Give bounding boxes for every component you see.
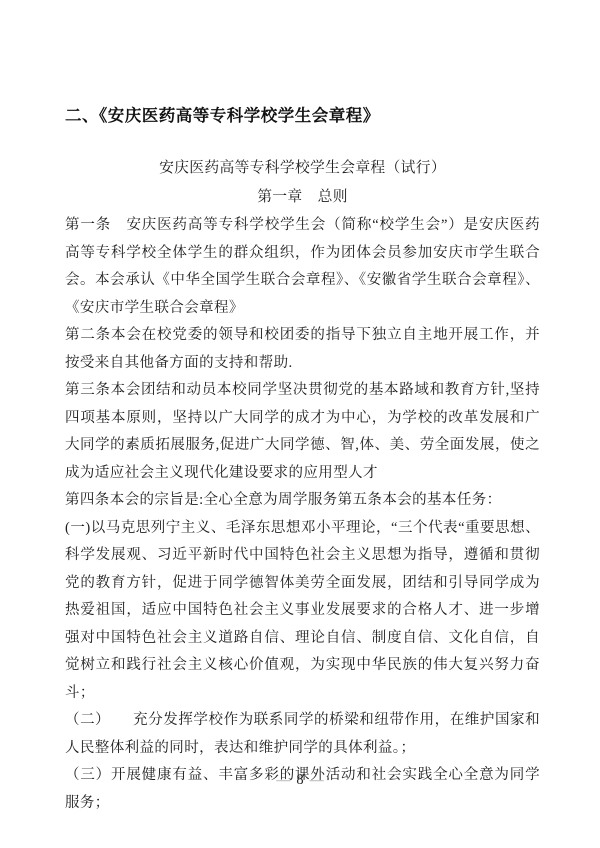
document-body: 第一条 安庆医药高等专科学校学生会（简称“校学生会”）是安庆医药高等专科学校全体… (65, 212, 540, 817)
paragraph-article-1: 第一条 安庆医药高等专科学校学生会（简称“校学生会”）是安庆医药高等专科学校全体… (65, 212, 540, 322)
page-number: 8 (296, 772, 303, 788)
chapter-heading: 第一章 总则 (65, 187, 540, 207)
paragraph-article-4: 第四条本会的宗旨是:全心全意为周学服务第五条本会的基本任务： (65, 487, 540, 515)
footer-dash-right: — (304, 773, 330, 788)
paragraph-task-item-2: （二） 充分发挥学校作为联系同学的桥梁和纽带作用，在维护国家和人民整体利益的同时… (65, 707, 540, 762)
paragraph-article-2: 第二条本会在校党委的领导和校团委的指导下独立自主地开展工作，并按受来自其他备方面… (65, 322, 540, 377)
page-footer: —8— (0, 771, 600, 790)
paragraph-article-3: 第三条本会团结和动员本校同学坚决贯彻党的基本路域和教育方针,坚持四项基本原则，坚… (65, 377, 540, 487)
section-heading: 二、《安庆医药高等专科学校学生会章程》 (65, 104, 540, 128)
document-page: 二、《安庆医药高等专科学校学生会章程》 安庆医药高等专科学校学生会章程（试行） … (0, 0, 600, 848)
footer-dash-left: — (270, 773, 296, 788)
document-title: 安庆医药高等专科学校学生会章程（试行） (65, 158, 540, 178)
paragraph-task-item-1: (一)以马克思列宁主义、毛泽东思想邓小平理论，“三个代表“重要思想、科学发展观、… (65, 515, 540, 708)
